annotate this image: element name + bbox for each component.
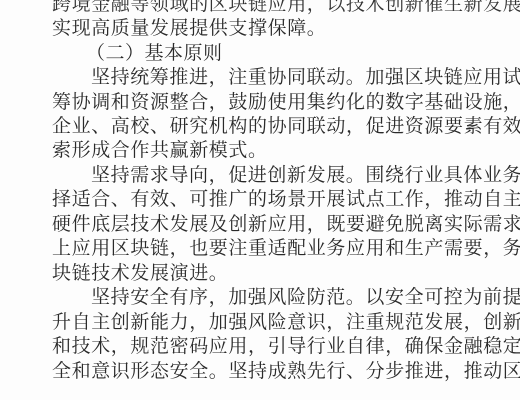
paragraph-line: 块链技术发展演进。 [52, 262, 228, 284]
paragraph-line: 坚持统筹推进，注重协同联动。加强区块链应用试点工作统 [91, 66, 462, 88]
paragraph-line: 企业、高校、研究机构的协同联动，促进资源要素有效配置，探 [52, 115, 462, 137]
paragraph-line: 上应用区块链，也要注重适配业务应用和生产需要，务实推动区 [52, 237, 462, 259]
paragraph-line: 跨境金融等领域的区块链应用，以技术创新催生新发展动能，为 [52, 0, 462, 15]
paragraph-line: 筹协调和资源整合，鼓励使用集约化的数字基础设施，强化政府、 [52, 91, 462, 113]
document-page: 跨境金融等领域的区块链应用，以技术创新催生新发展动能，为 实现高质量发展提供支撑… [0, 0, 520, 400]
paragraph-line: 坚持需求导向，促进创新发展。围绕行业具体业务需求；选 [91, 164, 462, 186]
paragraph-line: 实现高质量发展提供支撑保障。 [52, 17, 326, 39]
paragraph-line: 硬件底层技术发展及创新应用，既要避免脱离实际需求、一拥而 [52, 213, 462, 235]
paragraph-line: 索形成合作共赢新模式。 [52, 139, 268, 161]
paragraph-line: 坚持安全有序，加强风险防范。以安全可控为前提，着力提 [91, 286, 462, 308]
paragraph-line: 升自主创新能力，加强风险意识，注重规范发展，创新监管机制 [52, 311, 462, 333]
paragraph-line: 择适合、有效、可推广的场景开展试点工作，推动自主可控的软 [52, 188, 462, 210]
section-heading: （二）基本原则 [86, 42, 457, 64]
paragraph-line: 和技术，规范密码应用，引导行业自律，确保金融稳定、网络安 [52, 335, 462, 357]
paragraph-line: 全和意识形态安全。坚持成熟先行、分步推进，推动区块链试点 [52, 360, 462, 382]
